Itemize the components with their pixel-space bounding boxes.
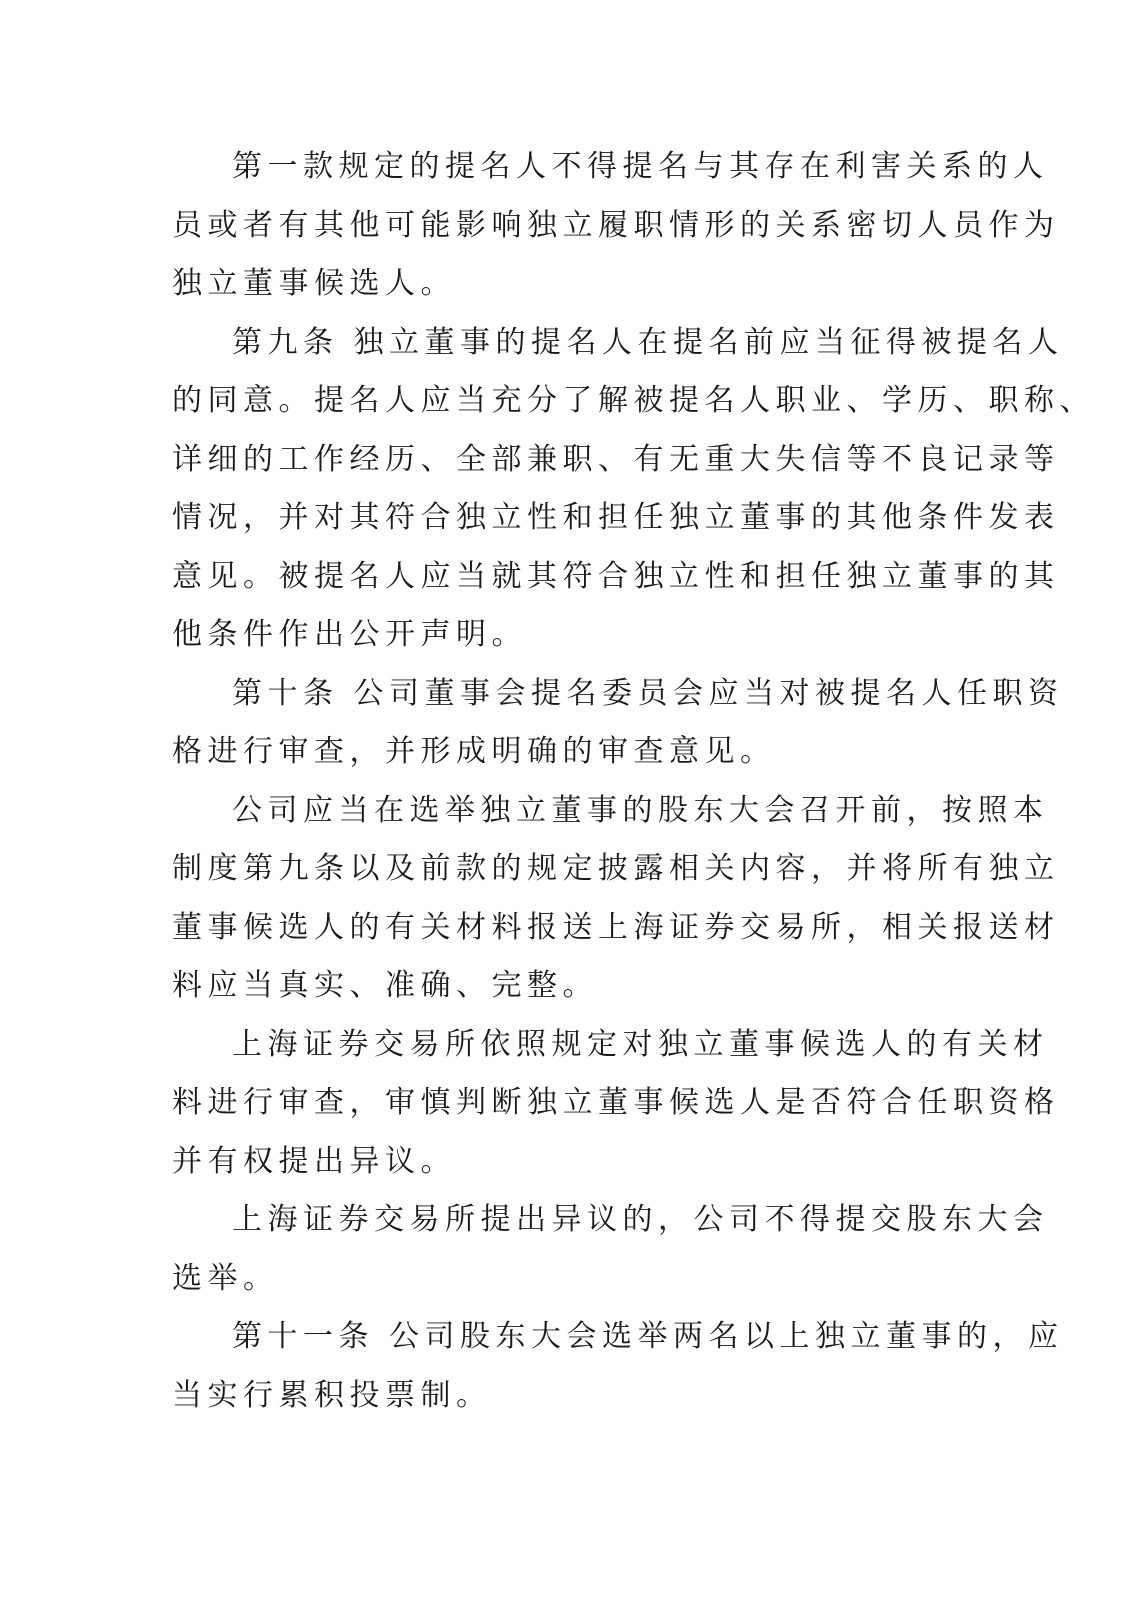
text-line: 第九条 独立董事的提名人在提名前应当征得被提名人 bbox=[172, 314, 952, 373]
paragraph-exchange-objection: 上海证券交易所提出异议的，公司不得提交股东大会 选举。 bbox=[172, 1191, 952, 1308]
text-line: 情况，并对其符合独立性和担任独立董事的其他条件发表 bbox=[172, 489, 952, 548]
text-line: 上海证券交易所提出异议的，公司不得提交股东大会 bbox=[172, 1191, 952, 1250]
text-line: 选举。 bbox=[172, 1250, 952, 1309]
text-line: 第十一条 公司股东大会选举两名以上独立董事的，应 bbox=[172, 1308, 952, 1367]
paragraph-disclosure: 公司应当在选举独立董事的股东大会召开前，按照本 制度第九条以及前款的规定披露相关… bbox=[172, 782, 952, 1016]
text-line: 料进行审查，审慎判断独立董事候选人是否符合任职资格 bbox=[172, 1074, 952, 1133]
text-line: 第十条 公司董事会提名委员会应当对被提名人任职资 bbox=[172, 665, 952, 724]
paragraph-nomination-restriction: 第一款规定的提名人不得提名与其存在利害关系的人 员或者有其他可能影响独立履职情形… bbox=[172, 138, 952, 314]
text-line: 的同意。提名人应当充分了解被提名人职业、学历、职称、 bbox=[172, 372, 952, 431]
paragraph-exchange-review: 上海证券交易所依照规定对独立董事候选人的有关材 料进行审查，审慎判断独立董事候选… bbox=[172, 1016, 952, 1192]
text-line: 详细的工作经历、全部兼职、有无重大失信等不良记录等 bbox=[172, 431, 952, 490]
text-line: 董事候选人的有关材料报送上海证券交易所，相关报送材 bbox=[172, 899, 952, 958]
text-line: 他条件作出公开声明。 bbox=[172, 606, 952, 665]
text-line: 第一款规定的提名人不得提名与其存在利害关系的人 bbox=[172, 138, 952, 197]
text-line: 当实行累积投票制。 bbox=[172, 1367, 952, 1426]
text-line: 格进行审查，并形成明确的审查意见。 bbox=[172, 723, 952, 782]
text-line: 并有权提出异议。 bbox=[172, 1133, 952, 1192]
text-line: 上海证券交易所依照规定对独立董事候选人的有关材 bbox=[172, 1016, 952, 1075]
text-line: 员或者有其他可能影响独立履职情形的关系密切人员作为 bbox=[172, 197, 952, 256]
text-line: 公司应当在选举独立董事的股东大会召开前，按照本 bbox=[172, 782, 952, 841]
paragraph-article-11: 第十一条 公司股东大会选举两名以上独立董事的，应 当实行累积投票制。 bbox=[172, 1308, 952, 1425]
text-line: 制度第九条以及前款的规定披露相关内容，并将所有独立 bbox=[172, 840, 952, 899]
text-line: 料应当真实、准确、完整。 bbox=[172, 957, 952, 1016]
text-line: 意见。被提名人应当就其符合独立性和担任独立董事的其 bbox=[172, 548, 952, 607]
text-line: 独立董事候选人。 bbox=[172, 255, 952, 314]
paragraph-article-9: 第九条 独立董事的提名人在提名前应当征得被提名人 的同意。提名人应当充分了解被提… bbox=[172, 314, 952, 665]
document-page: 第一款规定的提名人不得提名与其存在利害关系的人 员或者有其他可能影响独立履职情形… bbox=[172, 138, 952, 1425]
paragraph-article-10: 第十条 公司董事会提名委员会应当对被提名人任职资 格进行审查，并形成明确的审查意… bbox=[172, 665, 952, 782]
